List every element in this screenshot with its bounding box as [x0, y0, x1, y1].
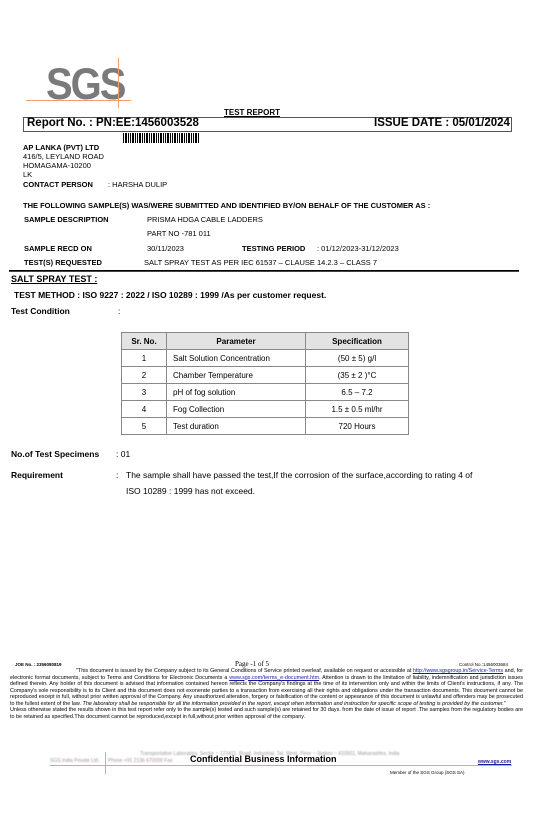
- test-condition-colon: :: [118, 306, 120, 316]
- tests-requested-value: SALT SPRAY TEST AS PER IEC 61537 – CLAUS…: [144, 258, 377, 267]
- requirement-label: Requirement: [11, 470, 63, 480]
- table-cell: 720 Hours: [306, 418, 409, 435]
- blurred-phone: Phone +91 2136 670000 Fax: [108, 758, 173, 764]
- specimens-label: No.of Test Specimens: [11, 449, 99, 459]
- sample-description-value: PRISMA HDGA CABLE LADDERS: [147, 215, 263, 224]
- footer-orange-line: [50, 765, 512, 766]
- report-number: Report No. : PN:EE:1456003528: [27, 117, 199, 129]
- member-text: Member of the SGS Group (SGS SA): [390, 770, 465, 775]
- table-cell: 4: [122, 401, 167, 418]
- table-cell: 1.5 ± 0.5 ml/hr: [306, 401, 409, 418]
- testing-period-value: : 01/12/2023-31/12/2023: [317, 244, 399, 253]
- table-cell: Test duration: [167, 418, 306, 435]
- sgs-logo: SGS: [26, 58, 136, 108]
- section-divider: [9, 270, 519, 272]
- table-row: 4 Fog Collection 1.5 ± 0.5 ml/hr: [122, 401, 409, 418]
- table-header-row: Sr. No. Parameter Specification: [122, 333, 409, 350]
- sample-intro: THE FOLLOWING SAMPLE(S) WAS/WERE SUBMITT…: [23, 201, 430, 210]
- footer-orange-vertical-line: [105, 752, 106, 774]
- logo-horizontal-line: [26, 100, 131, 101]
- tests-requested-label: TEST(S) REQUESTED: [24, 258, 102, 267]
- table-cell: Salt Solution Concentration: [167, 350, 306, 367]
- contact-person-label: CONTACT PERSON: [23, 180, 93, 189]
- table-row: 3 pH of fog solution 6.5 – 7.2: [122, 384, 409, 401]
- table-cell: (35 ± 2 )°C: [306, 367, 409, 384]
- table-cell: 3: [122, 384, 167, 401]
- requirement-colon: :: [116, 470, 118, 480]
- table-cell: 2: [122, 367, 167, 384]
- customer-address-line1: 416/5, LEYLAND ROAD: [23, 152, 104, 161]
- specimens-value: : 01: [116, 449, 130, 459]
- disclaimer-retention-text: Unless otherwise stated the results show…: [10, 707, 523, 720]
- test-condition-table: Sr. No. Parameter Specification 1 Salt S…: [121, 332, 409, 435]
- table-cell: 5: [122, 418, 167, 435]
- part-number: PART NO -781 011: [147, 229, 211, 238]
- e-document-terms-link[interactable]: www.sgs.com/terms_e-document.htm: [229, 675, 319, 681]
- contact-person-value: : HARSHA DULIP: [108, 180, 167, 189]
- customer-address-line2: HOMAGAMA-10200: [23, 161, 91, 170]
- sample-received-label: SAMPLE RECD ON: [24, 244, 92, 253]
- customer-name: AP LANKA (PVT) LTD: [23, 143, 99, 152]
- customer-country: LK: [23, 170, 32, 179]
- testing-period-label: TESTING PERIOD: [242, 244, 305, 253]
- test-method: TEST METHOD : ISO 9227 : 2022 / ISO 1028…: [14, 290, 326, 300]
- table-cell: Chamber Temperature: [167, 367, 306, 384]
- sgs-logo-text: SGS: [46, 60, 124, 110]
- logo-vertical-line: [118, 58, 119, 108]
- sample-description-label: SAMPLE DESCRIPTION: [24, 215, 109, 224]
- column-header: Parameter: [167, 333, 306, 350]
- table-cell: (50 ± 5) g/l: [306, 350, 409, 367]
- column-header: Sr. No.: [122, 333, 167, 350]
- disclaimer-italic-text: The laboratory shall be responsible for …: [83, 701, 506, 707]
- confidential-label: Confidential Business Information: [190, 754, 337, 764]
- table-row: 5 Test duration 720 Hours: [122, 418, 409, 435]
- barcode: [123, 133, 200, 143]
- service-terms-link[interactable]: http://www.sgsgroup.in/Service-Terms: [413, 668, 503, 674]
- table-cell: 1: [122, 350, 167, 367]
- test-condition-label: Test Condition: [11, 306, 70, 316]
- issue-date: ISSUE DATE : 05/01/2024: [374, 117, 510, 129]
- joe-number: JOE No. : 2356080819: [15, 662, 62, 667]
- requirement-text-line1: The sample shall have passed the test,If…: [126, 470, 472, 480]
- legal-disclaimer: "This document is issued by the Company …: [10, 668, 523, 720]
- control-number: Control No.:1456003684: [459, 662, 508, 667]
- requirement-text-line2: ISO 10289 : 1999 has not exceed.: [126, 486, 255, 496]
- page-number: Page -1 of 5: [235, 660, 269, 668]
- column-header: Specification: [306, 333, 409, 350]
- table-row: 1 Salt Solution Concentration (50 ± 5) g…: [122, 350, 409, 367]
- table-cell: 6.5 – 7.2: [306, 384, 409, 401]
- section-title: SALT SPRAY TEST :: [11, 274, 97, 284]
- table-row: 2 Chamber Temperature (35 ± 2 )°C: [122, 367, 409, 384]
- disclaimer-text: "This document is issued by the Company …: [76, 668, 413, 674]
- document-title: TEST REPORT: [224, 108, 280, 117]
- blurred-company-name: SGS India Private Ltd.: [50, 758, 99, 764]
- sample-received-value: 30/11/2023: [147, 244, 184, 253]
- sgs-website-link[interactable]: www.sgs.com: [478, 759, 511, 765]
- table-cell: Fog Collection: [167, 401, 306, 418]
- table-cell: pH of fog solution: [167, 384, 306, 401]
